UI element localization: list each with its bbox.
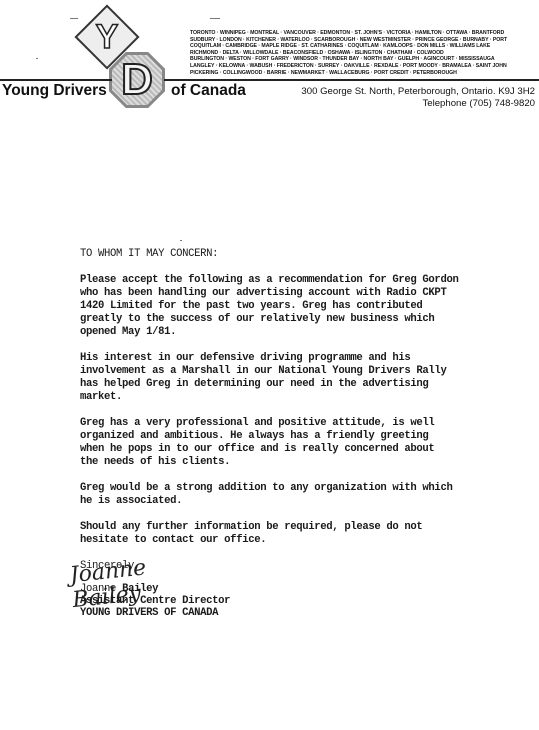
letterhead-rule-right (164, 79, 539, 81)
paragraph: His interest in our defensive driving pr… (80, 352, 520, 404)
scan-speckle (180, 240, 182, 241)
signer-organization: YOUNG DRIVERS OF CANADA (80, 607, 230, 619)
address: 300 George St. North, Peterborough, Onta… (301, 86, 535, 98)
letterhead: Y D Young Drivers of Canada TORONTO · WI… (0, 0, 539, 115)
signer-first-name: Joanne (80, 583, 116, 595)
city-line: SUDBURY · LONDON · KITCHENER · WATERLOO … (190, 37, 539, 44)
city-line: BURLINGTON · WESTON · FORT GARRY · WINDS… (190, 56, 539, 63)
signer-name: Joanne Bailey (80, 583, 230, 595)
city-line: PICKERING · COLLINGWOOD · BARRIE · NEWMA… (190, 70, 539, 77)
scan-speckle (36, 58, 38, 59)
signer-last-name: Bailey (122, 583, 158, 595)
salutation: TO WHOM IT MAY CONCERN: (80, 248, 520, 261)
city-line: RICHMOND · DELTA · WILLOWDALE · BEACONSF… (190, 50, 539, 57)
city-line: TORONTO · WINNIPEG · MONTREAL · VANCOUVE… (190, 30, 539, 37)
signature-block: Joanne Bailey Assistant Centre Director … (80, 583, 230, 619)
paragraph: Greg has a very professional and positiv… (80, 417, 520, 469)
paragraph: Please accept the following as a recomme… (80, 274, 520, 339)
paragraph: Greg would be a strong addition to any o… (80, 482, 520, 508)
city-list: TORONTO · WINNIPEG · MONTREAL · VANCOUVE… (190, 30, 539, 76)
letterhead-rule-left (0, 79, 112, 81)
org-name-left: Young Drivers (2, 82, 107, 100)
org-name-right: of Canada (171, 82, 246, 100)
telephone: Telephone (705) 748-9820 (301, 98, 535, 110)
logo-d-letter: D (109, 52, 165, 108)
scan-speckle (70, 18, 78, 19)
signer-title: Assistant Centre Director (80, 595, 230, 607)
contact-block: 300 George St. North, Peterborough, Onta… (301, 86, 535, 110)
city-line: COQUITLAM · CAMBRIDGE · MAPLE RIDGE · ST… (190, 43, 539, 50)
city-line: LANGLEY · KELOWNA · WABUSH · FREDERICTON… (190, 63, 539, 70)
letter-body: TO WHOM IT MAY CONCERN: Please accept th… (80, 248, 520, 573)
scan-speckle (210, 18, 220, 19)
paragraph: Should any further information be requir… (80, 521, 520, 547)
